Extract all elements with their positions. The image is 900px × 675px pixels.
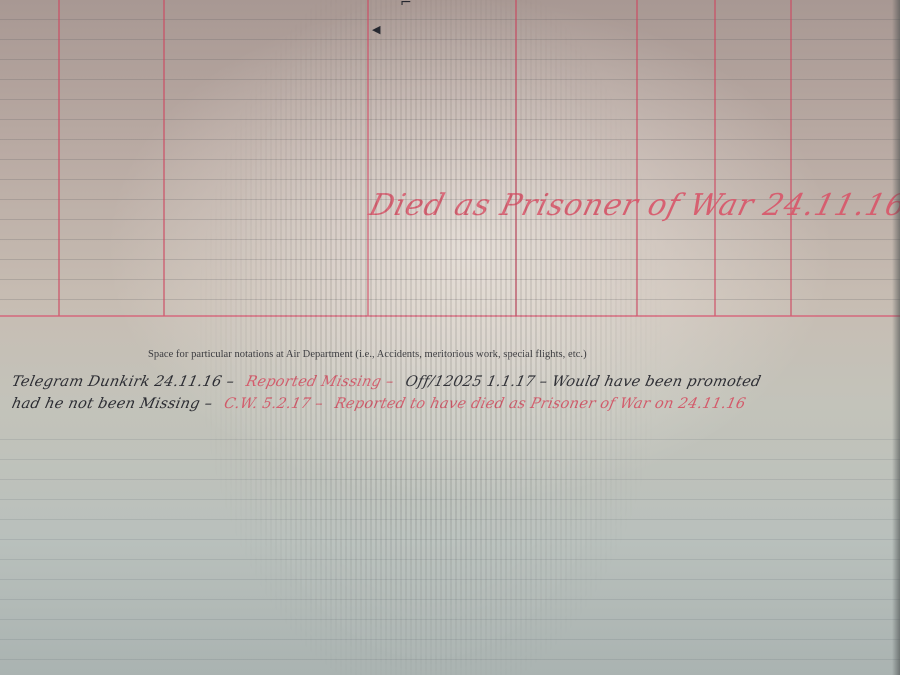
note-segment-cw-date: C.W. 5.2.17 –	[223, 396, 325, 412]
note-segment-reported-missing: Reported Missing –	[244, 374, 395, 390]
note-segment-promotion: Off/12025 1.1.17 – Would have been promo…	[404, 374, 763, 390]
grid-column-rule	[163, 0, 165, 316]
note-line-1: Telegram Dunkirk 24.11.16 – Reported Mis…	[10, 374, 769, 390]
grid-column-rule	[714, 0, 716, 316]
grid-column-rule	[58, 0, 60, 316]
note-segment-died-prisoner: Reported to have died as Prisoner of War…	[333, 396, 747, 412]
grid-bottom-rule	[0, 315, 900, 317]
grid-ruled-lines	[0, 0, 900, 316]
note-segment-telegram: Telegram Dunkirk 24.11.16 –	[10, 374, 236, 390]
notes-section-header: Space for particular notations at Air De…	[148, 349, 587, 360]
page-edge-shadow	[892, 0, 900, 675]
ink-fragment-mark: ⌐	[400, 0, 412, 10]
grid-column-rule	[636, 0, 638, 316]
note-line-2: had he not been Missing – C.W. 5.2.17 – …	[10, 396, 754, 412]
died-as-prisoner-entry: Died as Prisoner of War 24.11.16	[366, 188, 900, 223]
grid-column-rule	[367, 0, 369, 316]
record-card-page: ⌐ ◀ Died as Prisoner of War 24.11.16 Spa…	[0, 0, 900, 675]
notes-ruled-lines	[0, 420, 900, 675]
note-segment-not-been-missing: had he not been Missing –	[10, 396, 214, 412]
ink-arrow-mark: ◀	[372, 24, 380, 35]
grid-column-rule	[790, 0, 792, 316]
grid-column-rule	[515, 0, 517, 316]
